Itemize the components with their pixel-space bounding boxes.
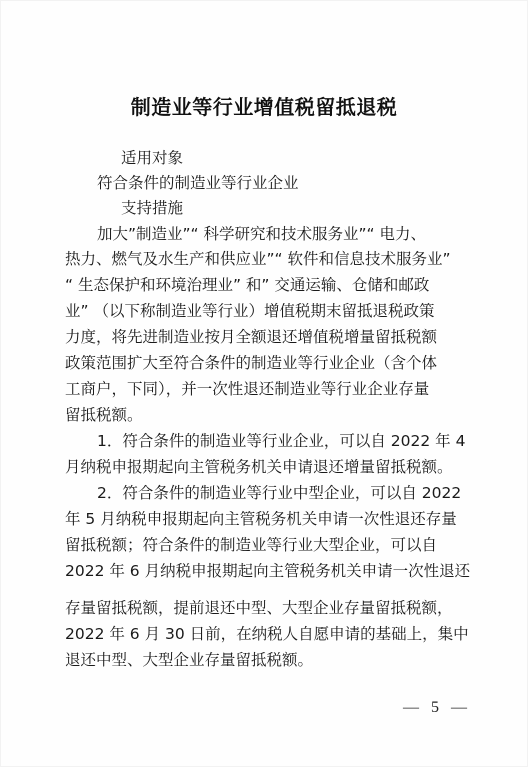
body-line: 力度，将先进制造业按月全额退还增值税增量留抵税额 (65, 327, 437, 347)
body-line: 月纳税申报期起向主管税务机关申请退还增量留抵税额。 (65, 457, 453, 477)
body-line: 2022 年 6 月纳税申报期起向主管税务机关申请一次性退还 (65, 561, 470, 581)
page-number: — 5 — (403, 699, 471, 717)
body-line: 热力、燃气及水生产和供应业”“ 软件和信息技术服务业” (65, 249, 451, 269)
body-line: 工商户，下同），并一次性退还制造业等行业企业存量 (65, 379, 429, 399)
list-item-1: 1．符合条件的制造业等行业企业，可以自 2022 年 4 (97, 431, 465, 451)
body-line: 留抵税额；符合条件的制造业等行业大型企业，可以自 (65, 535, 437, 555)
body-line: 留抵税额。 (65, 405, 143, 425)
body-line: 2022 年 6 月 30 日前，在纳税人自愿申请的基础上，集中 (65, 624, 469, 644)
body-line: 业” （以下称制造业等行业）增值税期末留抵退税政策 (65, 301, 434, 321)
applicable-text: 符合条件的制造业等行业企业 (97, 173, 299, 193)
body-line: 政策范围扩大至符合条件的制造业等行业企业（含个体 (65, 353, 437, 373)
body-line: 加大”制造业”“ 科学研究和技术服务业”“ 电力、 (97, 224, 426, 244)
body-line: “ 生态保护和环境治理业” 和” 交通运输、仓储和邮政 (65, 275, 429, 295)
section-heading-measures: 支持措施 (121, 198, 183, 218)
list-item-2: 2．符合条件的制造业等行业中型企业，可以自 2022 (97, 483, 461, 503)
body-line: 年 5 月纳税申报期起向主管税务机关申请一次性退还存量 (65, 509, 457, 529)
document-title: 制造业等行业增值税留抵退税 (1, 91, 527, 120)
document-page: 制造业等行业增值税留抵退税 适用对象 符合条件的制造业等行业企业 支持措施 加大… (0, 0, 528, 767)
section-heading-applicable: 适用对象 (121, 148, 183, 168)
body-line: 退还中型、大型企业存量留抵税额。 (65, 650, 313, 670)
body-line: 存量留抵税额，提前退还中型、大型企业存量留抵税额， (65, 598, 453, 618)
